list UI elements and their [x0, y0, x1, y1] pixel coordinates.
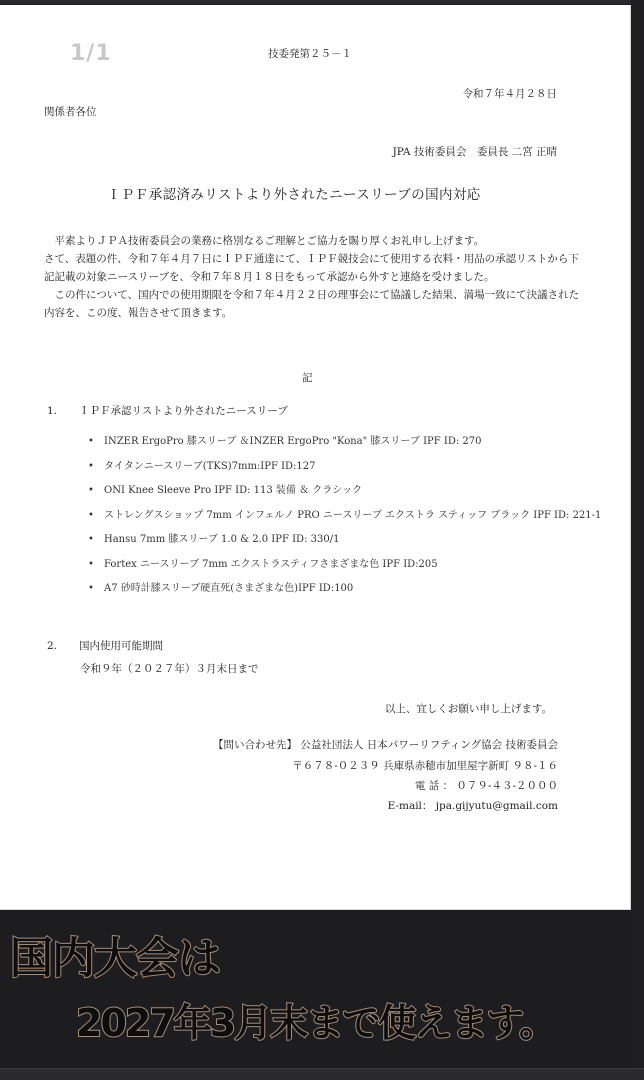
removed-sleeves-list: INZER ErgoPro 膝スリーブ ＆INZER ErgoPro "Kona… — [88, 430, 608, 602]
section-title: ＩＰＦ承認リストより外されたニースリーブ — [79, 405, 288, 417]
document-number: 技委発第２５－１ — [268, 46, 352, 61]
body-paragraph: 平素よりＪＰＡ技術委員会の業務に格別なるご理解とご協力を賜り厚くお礼申し上げます… — [44, 232, 584, 250]
sender: JPA 技術委員会 委員長 二宮 正晴 — [393, 144, 557, 159]
list-item: タイタンニースリーブ(TKS)7mm:IPF ID:127 — [88, 455, 608, 480]
bottom-toolbar — [0, 1068, 644, 1080]
document-date: 令和７年４月２８日 — [463, 86, 558, 101]
list-item: A7 砂時計膝スリーブ硬直死(さまざまな色)IPF ID:100 — [88, 577, 608, 602]
section-title: 国内使用可能期間 — [79, 640, 163, 652]
contact-email[interactable]: E-mail： jpa.gijyutu@gmail.com — [388, 798, 558, 813]
contact-org: 【問い合わせ先】 公益社団法人 日本パワーリフティング協会 技術委員会 — [213, 737, 558, 752]
section-2-heading: 2.国内使用可能期間 — [47, 638, 163, 653]
section-number: 1. — [47, 405, 79, 417]
body-paragraph: この件について、国内での使用期限を令和７年４月２２日の理事会にて協議した結果、満… — [44, 286, 584, 322]
contact-address: 〒６７８-０２３９ 兵庫県赤穂市加里屋字新町 ９８-１６ — [292, 758, 558, 773]
section-1-heading: 1.ＩＰＦ承認リストより外されたニースリーブ — [47, 403, 288, 418]
contact-phone: 電 話 ： ０７９-４３-２０００ — [415, 778, 558, 793]
list-item: Fortex ニースリーブ 7mm エクストラスティフさまざまな色 IPF ID… — [88, 553, 608, 578]
closing-remark: 以上、宜しくお願い申し上げます。 — [385, 701, 552, 716]
caption-line-1: 国内大会は — [10, 925, 220, 986]
scrollbar-track[interactable] — [631, 0, 644, 1080]
list-item: ONI Knee Sleeve Pro IPF ID: 113 装備 ＆ クラシ… — [88, 479, 608, 504]
page-counter: 1/1 — [70, 41, 112, 66]
top-edge-bar — [0, 0, 644, 4]
usage-period: 令和９年（２０２７年）３月末日まで — [80, 661, 259, 676]
document-page: 1/1 技委発第２５－１ 令和７年４月２８日 関係者各位 JPA 技術委員会 委… — [0, 5, 631, 910]
addressee: 関係者各位 — [44, 104, 97, 119]
caption-line-2: 2027年3月末まで使えます。 — [76, 992, 555, 1047]
list-item: Hansu 7mm 膝スリーブ 1.0 & 2.0 IPF ID: 330/1 — [88, 528, 608, 553]
list-item: INZER ErgoPro 膝スリーブ ＆INZER ErgoPro "Kona… — [88, 430, 608, 455]
section-number: 2. — [47, 640, 79, 652]
list-item: ストレングスショップ 7mm インフェルノ PRO ニースリーブ エクストラ ス… — [88, 504, 608, 529]
ki-label: 記 — [302, 370, 313, 385]
document-body: 平素よりＪＰＡ技術委員会の業務に格別なるご理解とご協力を賜り厚くお礼申し上げます… — [44, 232, 584, 322]
document-title: ＩＰＦ承認済みリストより外されたニースリーブの国内対応 — [107, 183, 481, 203]
body-paragraph: さて、表題の件、令和７年４月７日にＩＰＦ通達にて、ＩＰＦ競技会にて使用する衣料・… — [44, 250, 584, 286]
